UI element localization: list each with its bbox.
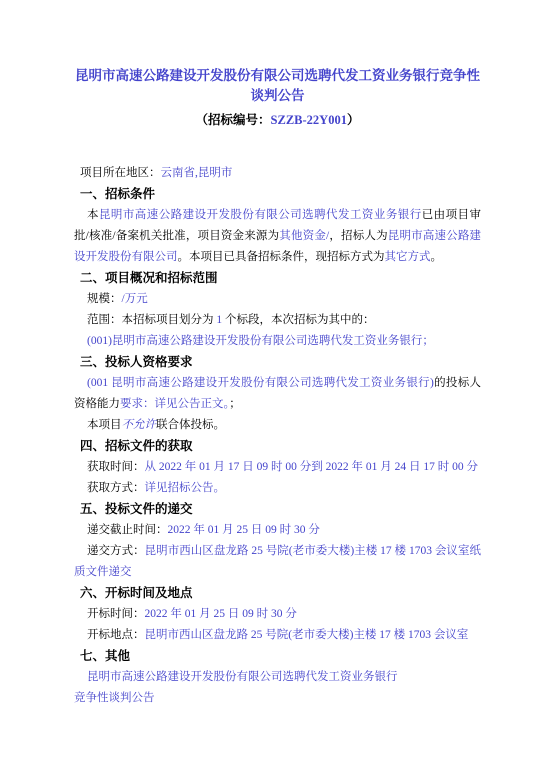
submission-deadline-line: 递交截止时间：2022 年 01 月 25 日 09 时 30 分 [74,520,481,541]
tender-method: 其它方式 [385,251,431,263]
scale-line: 规模：/万元 [74,289,481,310]
project-name: 昆明市高速公路建设开发股份有限公司选聘代发工资业务银行 [99,209,422,221]
tender-announcement-document: 昆明市高速公路建设开发股份有限公司选聘代发工资业务银行竞争性谈判公告 （招标编号… [74,66,481,709]
section-4-heading: 四、招标文件的获取 [74,436,481,457]
obtain-time-label: 获取时间： [87,461,145,473]
scope-line: 范围：本招标项目划分为 1 个标段，本次招标为其中的： [74,310,481,331]
opening-place-value: 昆明市西山区盘龙路 25 号院(老市委大楼)主楼 17 楼 1703 会议室 [145,629,469,641]
opening-place-label: 开标地点： [87,629,145,641]
tender-code: SZZB-22Y001 [271,113,347,127]
section-6-heading: 六、开标时间及地点 [74,583,481,604]
opening-time-label: 开标时间： [87,608,145,620]
qualification-value: 要求：详见公告正文。 [120,398,229,410]
scale-label: 规模： [87,293,122,305]
obtain-method-label: 获取方式： [87,482,145,494]
jv-not-allowed: 不允许 [122,419,157,431]
doc-title: 昆明市高速公路建设开发股份有限公司选聘代发工资业务银行竞争性谈判公告 [74,66,481,106]
obtain-method-line: 获取方式：详见招标公告。 [74,478,481,499]
deadline-value: 2022 年 01 月 25 日 09 时 30 分 [168,524,320,536]
scale-value: /万元 [122,293,148,305]
obtain-method-value: 详见招标公告。 [145,482,226,494]
opening-place-line: 开标地点：昆明市西山区盘龙路 25 号院(老市委大楼)主楼 17 楼 1703 … [74,625,481,646]
text-segment: 本 [87,209,99,221]
opening-time-line: 开标时间：2022 年 01 月 25 日 09 时 30 分 [74,604,481,625]
doc-subtitle: （招标编号：SZZB-22Y001） [74,110,481,130]
deadline-label: 递交截止时间： [87,524,168,536]
submission-method-label: 递交方式： [87,545,145,557]
project-location-line: 项目所在地区：云南省,昆明市 [74,163,481,184]
scope-suffix: 个标段，本次招标为其中的： [222,314,374,326]
lot-line: (001)昆明市高速公路建设开发股份有限公司选聘代发工资业务银行； [74,331,481,352]
section-1-paragraph: 本昆明市高速公路建设开发股份有限公司选聘代发工资业务银行已由项目审批/核准/备案… [74,205,481,268]
joint-venture-line: 本项目不允许联合体投标。 [74,415,481,436]
section-2-heading: 二、项目概况和招标范围 [74,268,481,289]
text-segment: 联合体投标。 [156,419,225,431]
obtain-time-line: 获取时间：从 2022 年 01 月 17 日 09 时 00 分到 2022 … [74,457,481,478]
obtain-time-value: 从 2022 年 01 月 17 日 09 时 00 分到 2022 年 01 … [145,461,479,473]
location-label: 项目所在地区： [80,167,161,179]
section-5-heading: 五、投标文件的递交 [74,499,481,520]
section-3-heading: 三、投标人资格要求 [74,352,481,373]
fund-source: 其他资金/ [279,230,329,242]
text-segment: ； [229,398,241,410]
scope-label: 范围：本招标项目划分为 [87,314,216,326]
qualification-paragraph: (001 昆明市高速公路建设开发股份有限公司选聘代发工资业务银行)的投标人资格能… [74,373,481,415]
text-segment: 。 [431,251,443,263]
text-segment: 。本项目已具备招标条件，现招标方式为 [178,251,385,263]
text-segment: ，招标人为 [329,230,388,242]
other-announcement-type-line: 竞争性谈判公告 [74,688,481,709]
section-7-heading: 七、其他 [74,646,481,667]
opening-time-value: 2022 年 01 月 25 日 09 时 30 分 [145,608,297,620]
text-segment: 本项目 [87,419,122,431]
tender-code-suffix: ） [347,113,360,127]
section-1-heading: 一、招标条件 [74,184,481,205]
location-value: 云南省,昆明市 [161,167,233,179]
submission-method-line: 递交方式：昆明市西山区盘龙路 25 号院(老市委大楼)主楼 17 楼 1703 … [74,541,481,583]
other-project-name-line: 昆明市高速公路建设开发股份有限公司选聘代发工资业务银行 [74,667,481,688]
lot-reference: (001 昆明市高速公路建设开发股份有限公司选聘代发工资业务银行) [87,377,434,389]
tender-code-label: （招标编号： [196,113,271,127]
doc-body: 项目所在地区：云南省,昆明市 一、招标条件 本昆明市高速公路建设开发股份有限公司… [74,163,481,709]
